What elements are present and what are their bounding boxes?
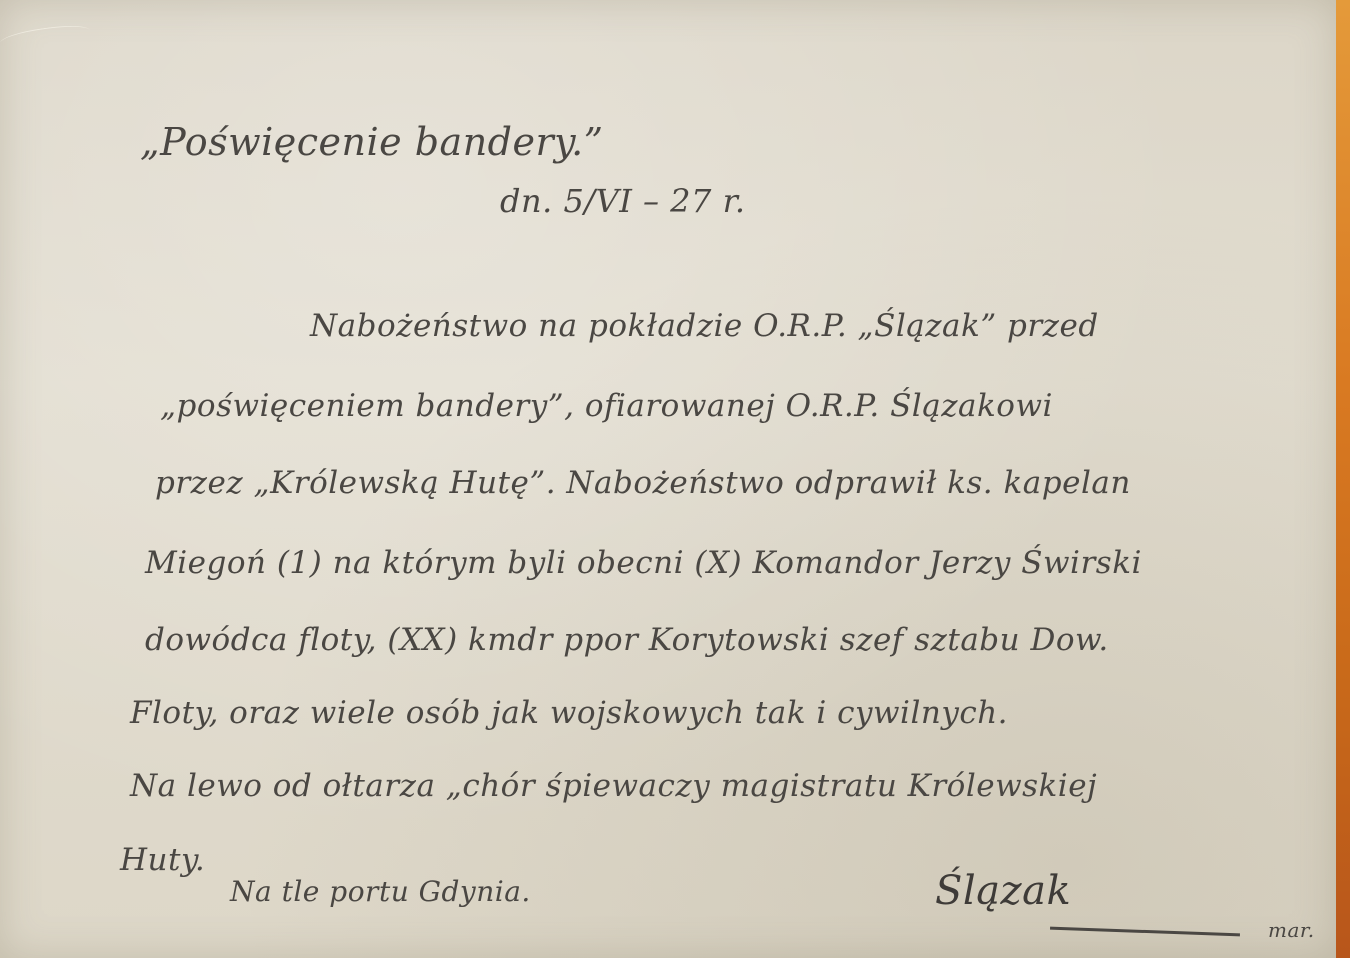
text-line-6: Floty, oraz wiele osób jak wojskowych ta… xyxy=(130,695,1008,731)
text-line-2: „poświęceniem bandery”, ofiarowanej O.R.… xyxy=(160,388,1053,424)
text-line-4: Miegoń (1) na którym byli obecni (X) Kom… xyxy=(145,545,1142,581)
signature: Ślązak xyxy=(935,868,1071,914)
text-line-7: Na lewo od ołtarza „chór śpiewaczy magis… xyxy=(130,768,1097,804)
text-line-8: Huty. xyxy=(120,842,205,878)
signature-rank: mar. xyxy=(1268,918,1315,942)
note-date: dn. 5/VI – 27 r. xyxy=(500,182,746,220)
note-title: „Poświęcenie bandery.” xyxy=(140,120,604,164)
text-line-1: Nabożeństwo na pokładzie O.R.P. „Ślązak”… xyxy=(310,308,1099,344)
handwritten-note: „Poświęcenie bandery.” dn. 5/VI – 27 r. … xyxy=(0,0,1350,958)
text-line-5: dowódca floty, (XX) kmdr ppor Korytowski… xyxy=(145,622,1109,658)
signature-underline xyxy=(1050,927,1240,937)
text-line-3: przez „Królewską Hutę”. Nabożeństwo odpr… xyxy=(155,465,1131,501)
location-note: Na tle portu Gdynia. xyxy=(230,875,531,908)
